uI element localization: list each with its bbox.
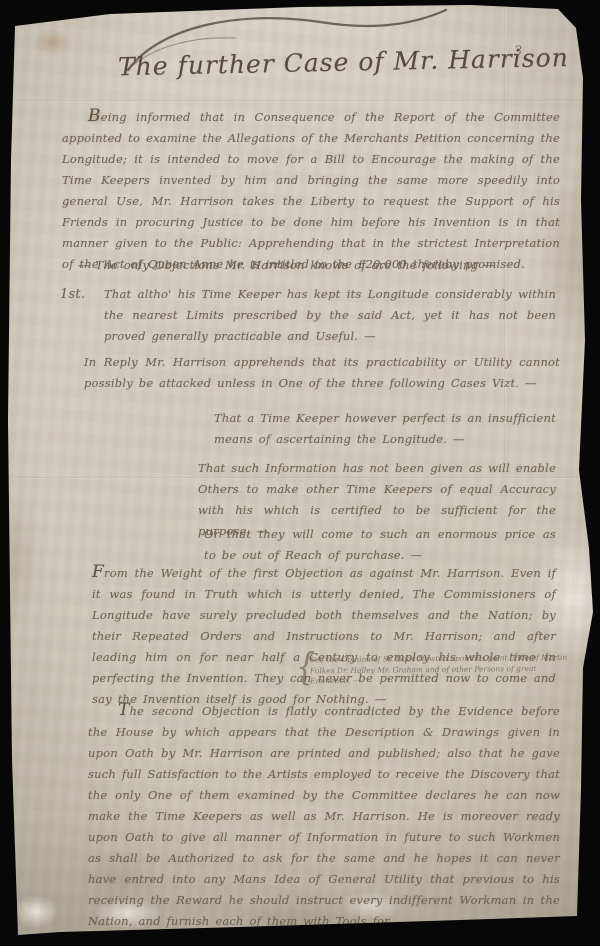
case-item-3: Or that they will come to such an enormo… [204,524,556,566]
opening-paragraph: Being informed that in Consequence of th… [62,106,560,275]
case-item-1: That a Time Keeper however perfect is an… [214,408,556,450]
reply-paragraph: In Reply Mr. Harrison apprehends that it… [84,352,560,394]
fold-crease-top [12,100,584,102]
first-objection-paragraph: That altho' his Time Keeper has kept its… [104,284,556,347]
first-rebuttal-paragraph: From the Weight of the first Objection a… [92,562,556,710]
objections-intro-line: — The only Objections Mr. Harrison knows… [78,255,548,276]
manuscript-photo: 3 The further Case of Mr. Harrison Being… [0,0,600,946]
paper-sheet: 3 The further Case of Mr. Harrison Being… [0,0,600,946]
first-objection-label: 1st. [60,284,100,305]
margin-note: See the Opinion of Sr. Isaac Newton upon… [310,653,572,687]
second-rebuttal-paragraph: The second Objection is flatly contradic… [88,700,560,932]
